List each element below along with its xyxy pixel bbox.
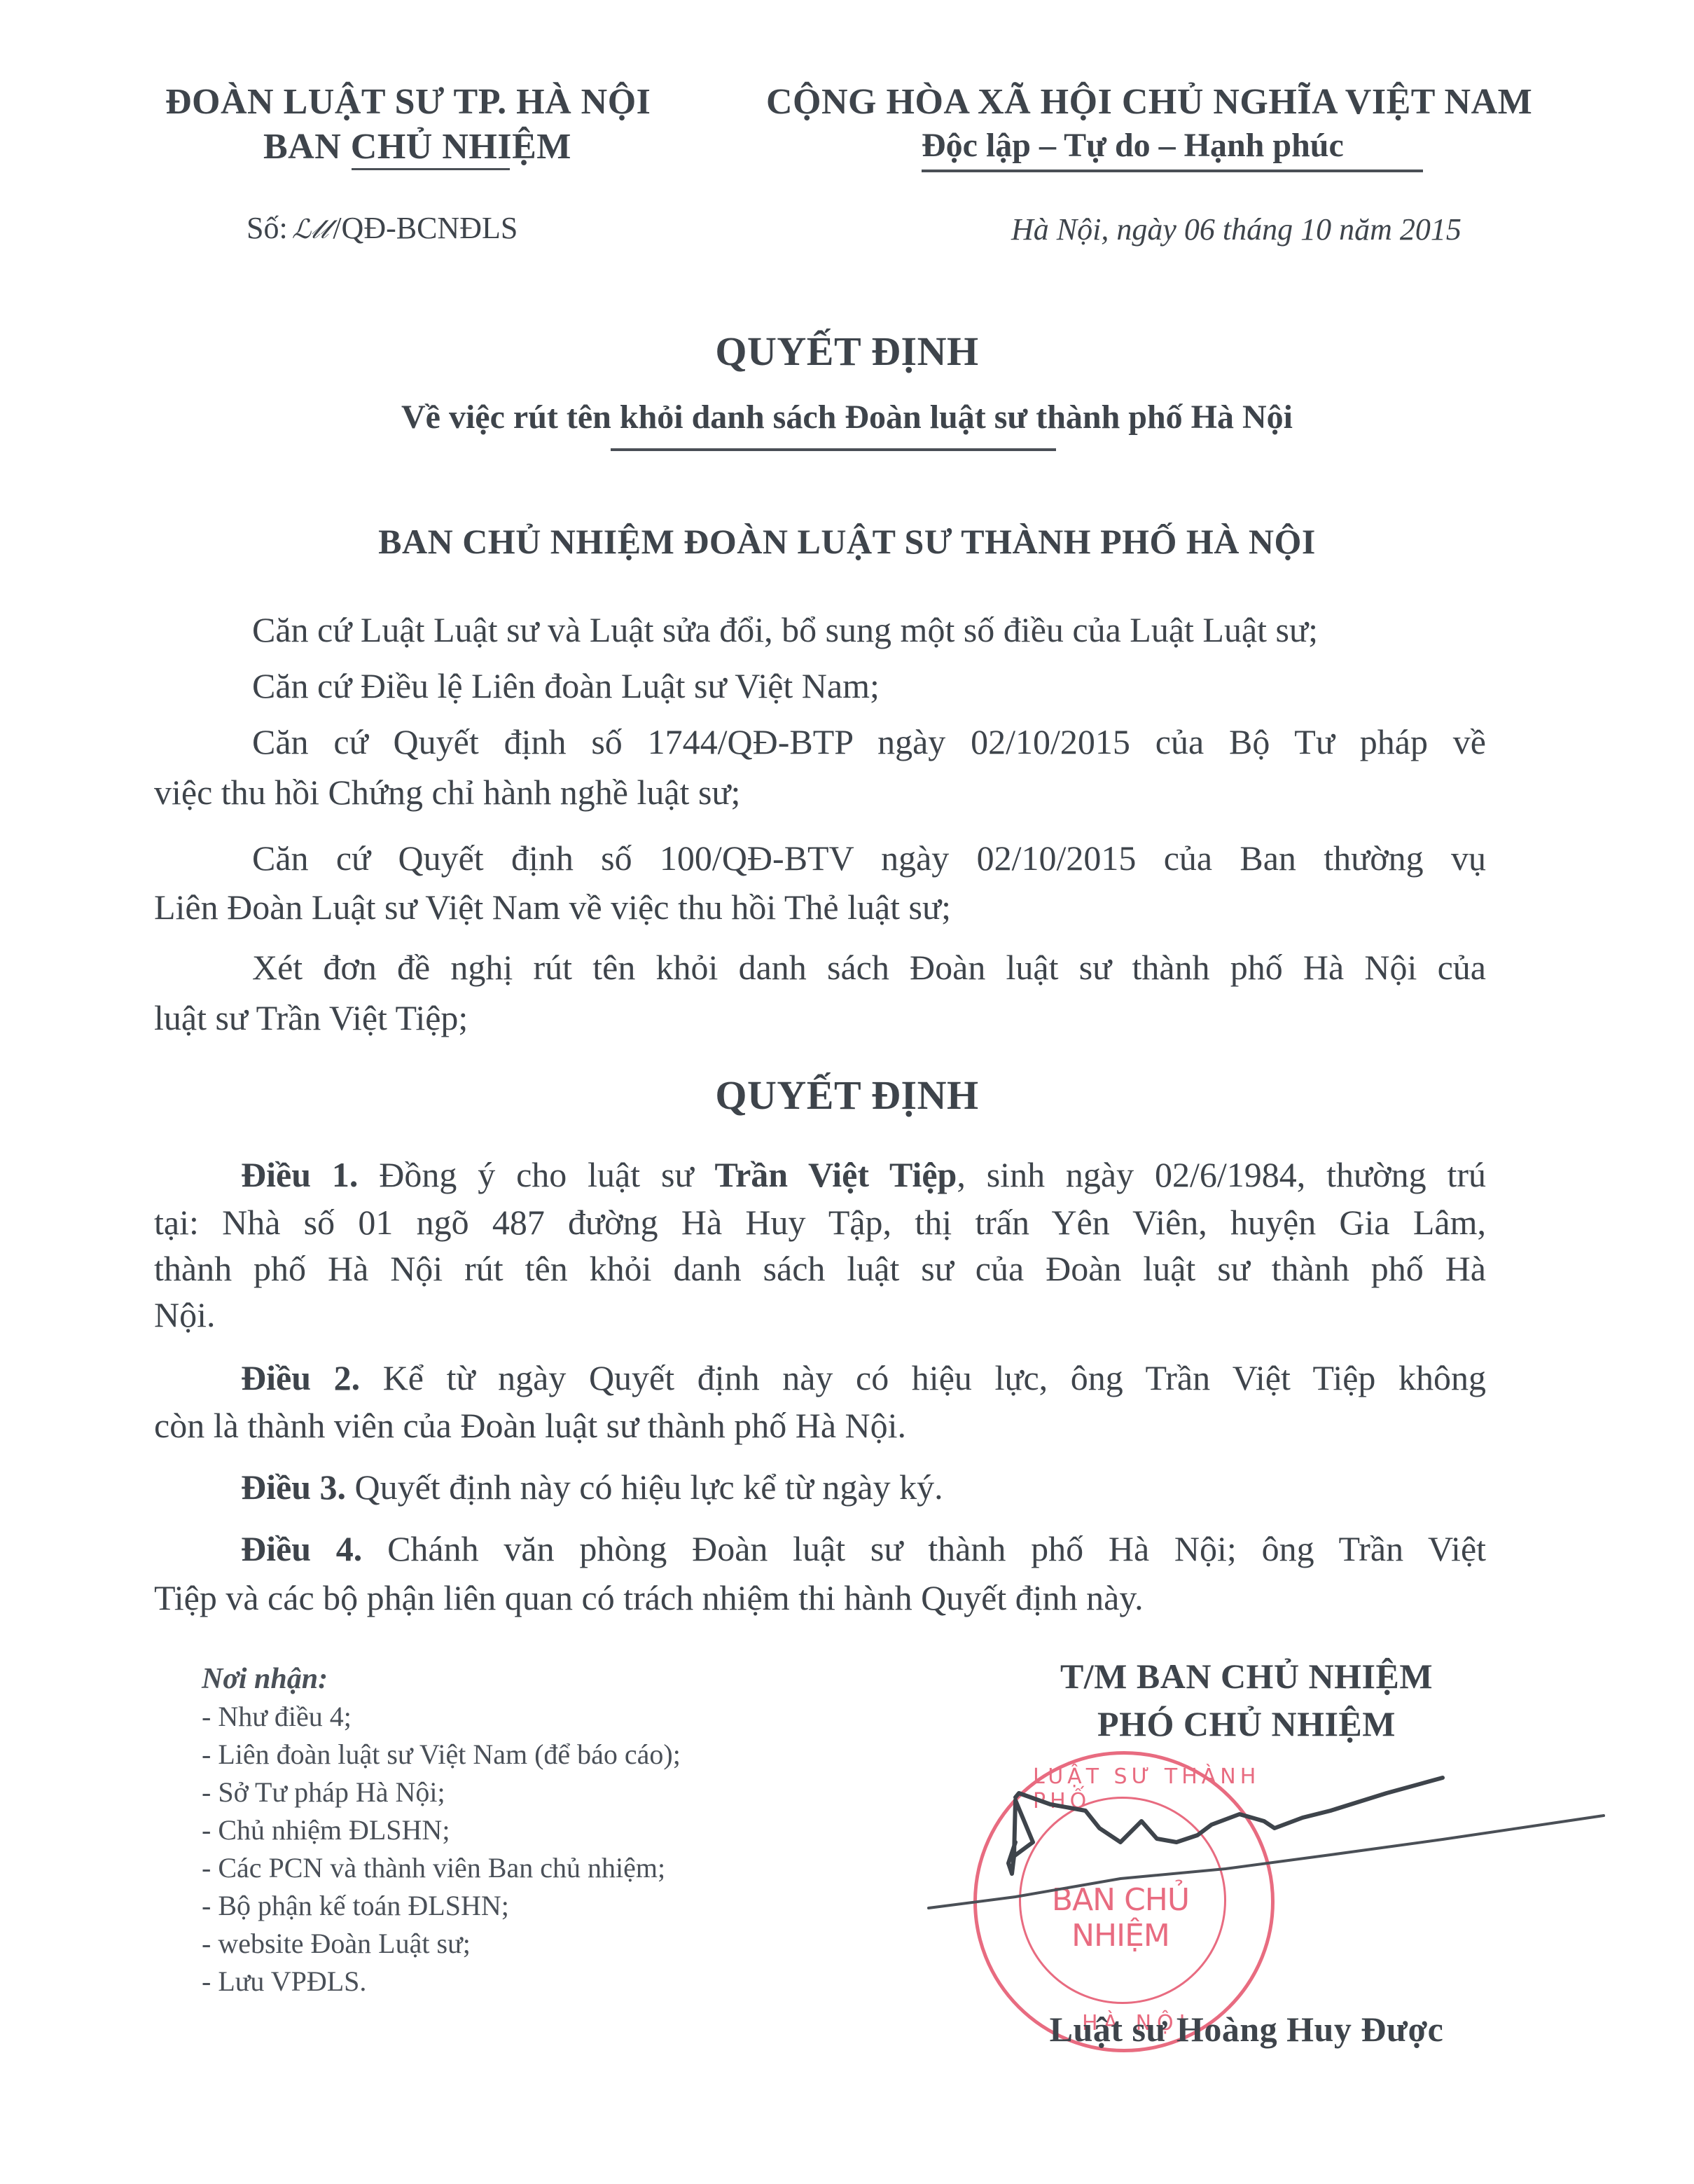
- department-underline: [352, 168, 510, 170]
- signer-name: Luật sư Hoàng Huy Được: [966, 2009, 1527, 2050]
- article-2-line-2: còn là thành viên của Đoàn luật sư thành…: [154, 1408, 906, 1443]
- article-1-text-a: Đồng ý cho luật sư: [379, 1155, 693, 1194]
- article-2-label: Điều 2.: [241, 1358, 360, 1397]
- article-3-label: Điều 3.: [241, 1467, 346, 1507]
- national-motto: Độc lập – Tự do – Hạnh phúc: [922, 126, 1344, 165]
- article-1-line-3: thành phố Hà Nội rút tên khỏi danh sách …: [154, 1251, 1486, 1286]
- country-name: CỘNG HÒA XÃ HỘI CHỦ NGHĨA VIỆT NAM: [766, 81, 1532, 123]
- recipient-item: - Sở Tư pháp Hà Nội;: [202, 1774, 681, 1811]
- decision-heading: QUYẾT ĐỊNH: [0, 1072, 1694, 1119]
- document-subject: Về việc rút tên khỏi danh sách Đoàn luật…: [0, 398, 1694, 436]
- basis-4-line-1: Căn cứ Quyết định số 100/QĐ-BTV ngày 02/…: [252, 841, 1486, 876]
- recipient-item: - Liên đoàn luật sư Việt Nam (để báo cáo…: [202, 1736, 681, 1774]
- basis-1: Căn cứ Luật Luật sư và Luật sửa đổi, bổ …: [252, 612, 1318, 647]
- recipient-item: - Các PCN và thành viên Ban chủ nhiệm;: [202, 1849, 681, 1887]
- handwritten-signature: [910, 1632, 1681, 2052]
- article-1-text-b: , sinh ngày 02/6/1984, thường trú: [957, 1155, 1486, 1194]
- org-department: BAN CHỦ NHIỆM: [263, 126, 571, 167]
- basis-4-line-2: Liên Đoàn Luật sư Việt Nam về việc thu h…: [154, 890, 951, 925]
- recipient-item: - website Đoàn Luật sư;: [202, 1925, 681, 1963]
- org-department-text: BAN CHỦ NHIỆM: [263, 127, 571, 167]
- place-date: Hà Nội, ngày 06 tháng 10 năm 2015: [1011, 212, 1462, 247]
- basis-5-line-1: Xét đơn đề nghị rút tên khỏi danh sách Đ…: [252, 950, 1486, 985]
- subject-underline: [611, 448, 1056, 451]
- basis-3-line-1: Căn cứ Quyết định số 1744/QĐ-BTP ngày 02…: [252, 724, 1486, 759]
- article-4-text: Chánh văn phòng Đoàn luật sư thành phố H…: [387, 1529, 1486, 1568]
- article-1-lawyer-name: Trần Việt Tiệp: [714, 1155, 957, 1194]
- recipients-block: Nơi nhận: - Như điều 4; - Liên đoàn luật…: [202, 1660, 681, 2000]
- article-2-text: Kể từ ngày Quyết định này có hiệu lực, ô…: [383, 1358, 1486, 1397]
- recipient-item: - Bộ phận kế toán ĐLSHN;: [202, 1887, 681, 1925]
- recipients-title: Nơi nhận:: [202, 1660, 681, 1698]
- recipient-item: - Chủ nhiệm ĐLSHN;: [202, 1811, 681, 1849]
- article-2-line-1: Điều 2. Kể từ ngày Quyết định này có hiệ…: [241, 1360, 1486, 1395]
- article-1-line-1: Điều 1. Đồng ý cho luật sư Trần Việt Tiệ…: [241, 1157, 1486, 1192]
- article-4-line-2: Tiệp và các bộ phận liên quan có trách n…: [154, 1580, 1144, 1615]
- article-1-line-2: tại: Nhà số 01 ngõ 487 đường Hà Huy Tập,…: [154, 1205, 1486, 1240]
- issuing-authority: BAN CHỦ NHIỆM ĐOÀN LUẬT SƯ THÀNH PHỐ HÀ …: [0, 521, 1694, 562]
- document-title: QUYẾT ĐỊNH: [0, 328, 1694, 375]
- org-name: ĐOÀN LUẬT SƯ TP. HÀ NỘI: [165, 81, 651, 123]
- article-1-label: Điều 1.: [241, 1155, 358, 1194]
- recipient-item: - Như điều 4;: [202, 1698, 681, 1736]
- basis-2: Căn cứ Điều lệ Liên đoàn Luật sư Việt Na…: [252, 668, 880, 703]
- number-handwritten: ℒ𝓁𝓁: [292, 215, 329, 244]
- article-3-text: Quyết định này có hiệu lực kể từ ngày ký…: [355, 1467, 943, 1507]
- article-3-line-1: Điều 3. Quyết định này có hiệu lực kể từ…: [241, 1470, 943, 1505]
- motto-underline: [922, 170, 1423, 172]
- recipient-item: - Lưu VPĐLS.: [202, 1963, 681, 2000]
- basis-5-line-2: luật sư Trần Việt Tiệp;: [154, 1000, 468, 1035]
- number-prefix: Số:: [247, 211, 288, 245]
- document-number: Số:ℒ𝓁𝓁/QĐ-BCNĐLS: [247, 210, 518, 246]
- article-4-line-1: Điều 4. Chánh văn phòng Đoàn luật sư thà…: [241, 1531, 1486, 1566]
- article-1-line-4: Nội.: [154, 1297, 216, 1332]
- basis-3-line-2: việc thu hồi Chứng chỉ hành nghề luật sư…: [154, 775, 740, 810]
- number-suffix: /QĐ-BCNĐLS: [333, 211, 518, 245]
- article-4-label: Điều 4.: [241, 1529, 362, 1568]
